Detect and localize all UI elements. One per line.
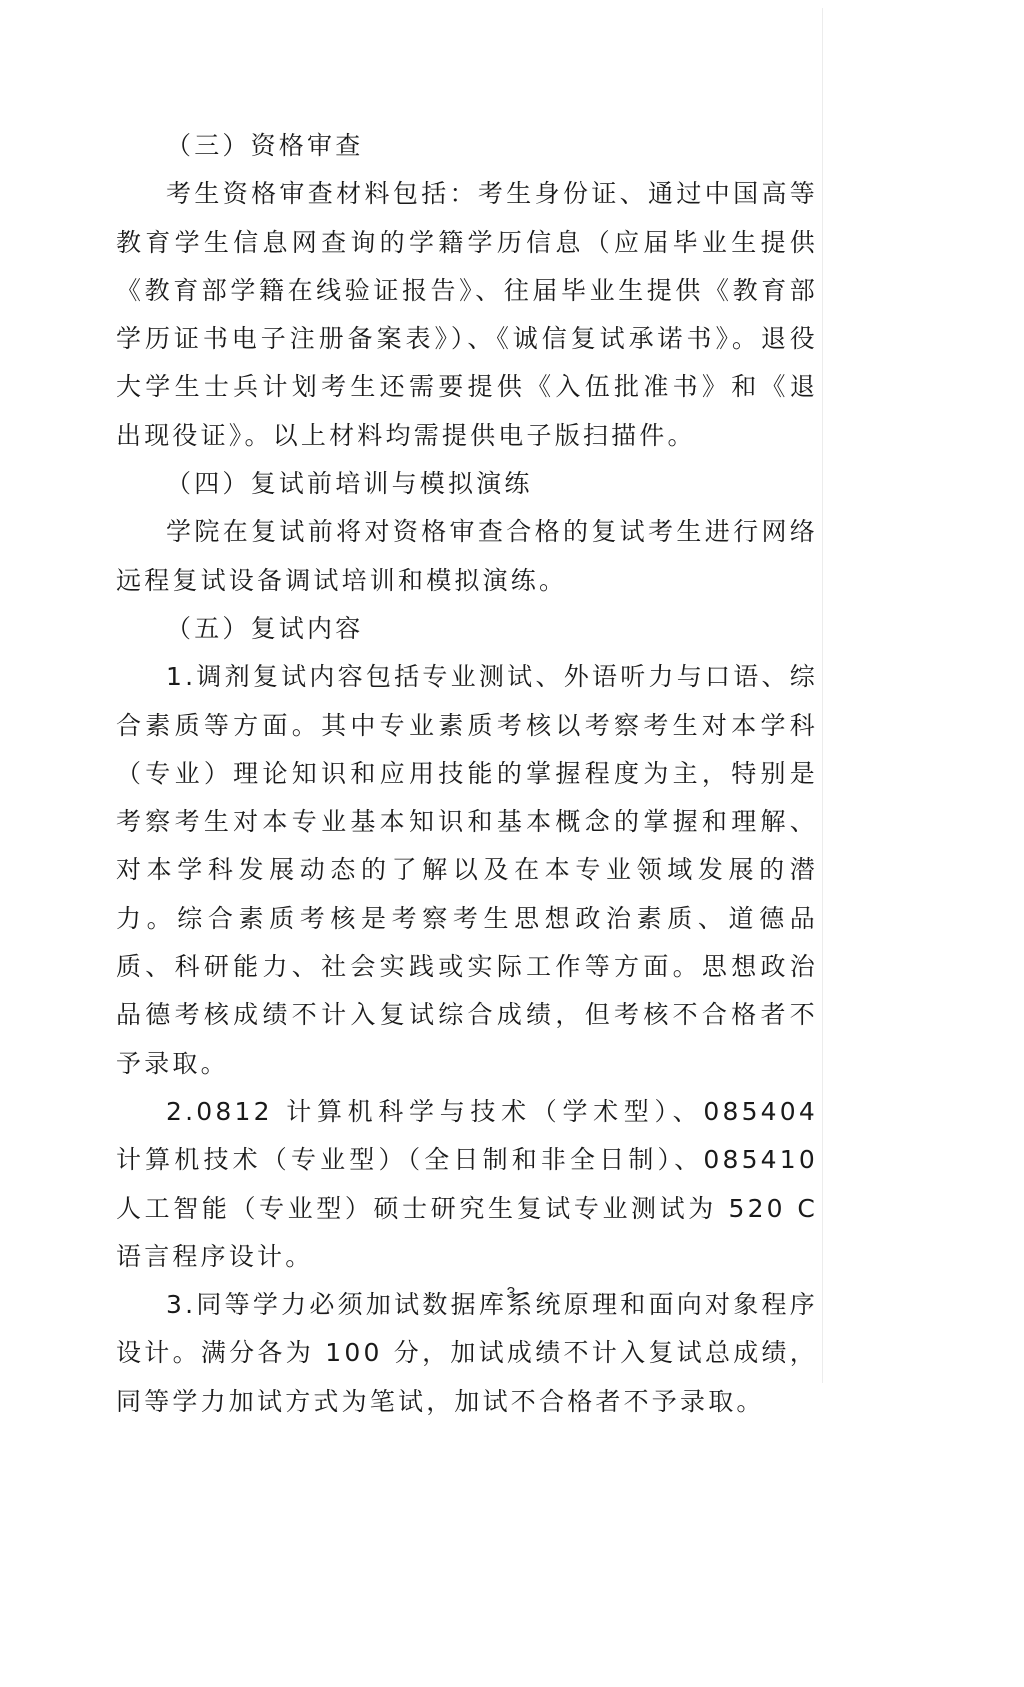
section-heading: （四）复试前培训与模拟演练 <box>116 460 818 508</box>
section-pre-training: （四）复试前培训与模拟演练 学院在复试前将对资格审查合格的复试考生进行网络远程复… <box>116 460 818 605</box>
document-page: （三）资格审查 考生资格审查材料包括：考生身份证、通过中国高等教育学生信息网查询… <box>0 0 1024 1687</box>
section-heading: （三）资格审查 <box>116 122 818 170</box>
paragraph: 2.0812 计算机科学与技术（学术型）、085404 计算机技术（专业型）（全… <box>116 1088 818 1281</box>
page-number: - 3 - <box>0 1285 1024 1303</box>
scan-edge-line <box>822 8 823 1383</box>
paragraph: 考生资格审查材料包括：考生身份证、通过中国高等教育学生信息网查询的学籍学历信息（… <box>116 170 818 460</box>
section-qualification-review: （三）资格审查 考生资格审查材料包括：考生身份证、通过中国高等教育学生信息网查询… <box>116 122 818 460</box>
section-heading: （五）复试内容 <box>116 605 818 653</box>
paragraph: 学院在复试前将对资格审查合格的复试考生进行网络远程复试设备调试培训和模拟演练。 <box>116 508 818 605</box>
paragraph: 1.调剂复试内容包括专业测试、外语听力与口语、综合素质等方面。其中专业素质考核以… <box>116 653 818 1088</box>
document-body: （三）资格审查 考生资格审查材料包括：考生身份证、通过中国高等教育学生信息网查询… <box>116 122 818 1426</box>
